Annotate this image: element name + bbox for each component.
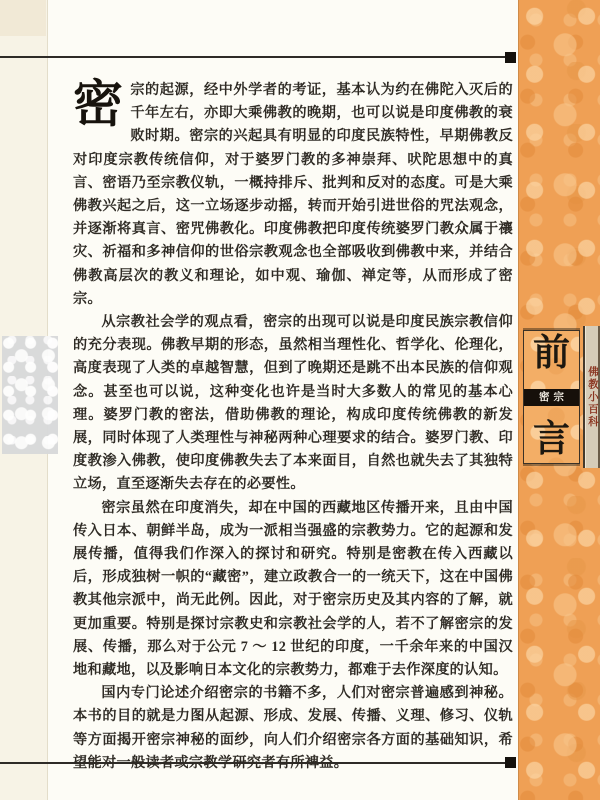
series-spine-label: 佛教小百科 <box>586 366 599 429</box>
tab-series-band: 密宗 <box>524 389 579 406</box>
paragraph-3: 密宗虽然在印度消失，却在中国的西藏地区传播开来，且由中国传入日本、朝鲜半岛，成为… <box>73 497 513 683</box>
top-rule-knob <box>505 52 516 63</box>
corner-patch <box>0 0 46 36</box>
top-rule <box>0 56 507 58</box>
paragraph-1: 密宗的起源，经中外学者的考证，基本认为约在佛陀入灭后的千年左右，亦即大乘佛教的晚… <box>73 79 513 311</box>
book-page: 密宗的起源，经中外学者的考证，基本认为约在佛陀入灭后的千年左右，亦即大乘佛教的晚… <box>0 0 600 800</box>
paragraph-4: 国内专门论述介绍密宗的书籍不多，人们对密宗普遍感到神秘。本书的目的就是力图从起源… <box>73 682 513 775</box>
preface-text: 密宗的起源，经中外学者的考证，基本认为约在佛陀入灭后的千年左右，亦即大乘佛教的晚… <box>73 79 513 775</box>
series-spine-strip: 佛教小百科 <box>583 326 600 468</box>
paragraph-2: 从宗教社会学的观点看，密宗的出现可以说是印度民族宗教信仰的充分表现。佛教早期的形… <box>73 311 513 497</box>
preface-tab: 前 密宗 言 <box>523 330 580 464</box>
tab-char-bottom: 言 <box>533 420 570 460</box>
floral-watermark <box>2 336 58 454</box>
dropcap-character: 密 <box>73 82 123 126</box>
paragraph-1-text: 宗的起源，经中外学者的考证，基本认为约在佛陀入灭后的千年左右，亦即大乘佛教的晚期… <box>73 82 513 307</box>
tab-char-top: 前 <box>533 334 570 374</box>
tab-band-label: 密宗 <box>535 389 568 406</box>
